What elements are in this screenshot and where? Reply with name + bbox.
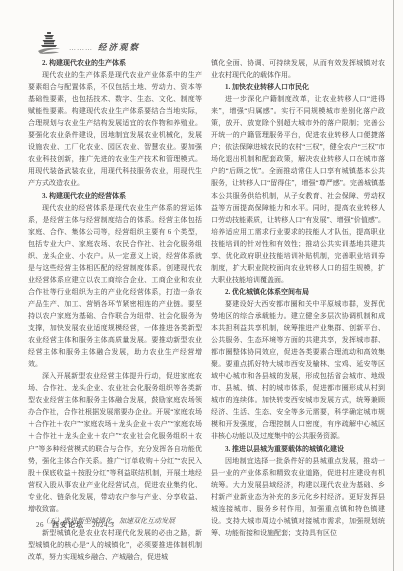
column-title: 经济观察 xyxy=(98,41,140,53)
paragraph: 因地制宜选择一批条件好的县城重点发展，推动一县一业的产业体系和精致农业道路，促进… xyxy=(211,455,385,539)
page-footer: 26 西安论坛 2024.3 xyxy=(36,520,114,530)
paragraph: 进一步深化户籍制度改革，让农业转移人口“进得来”，增强“归属感”。实行不同规模城… xyxy=(211,93,385,286)
header-dotted-leader: ……… xyxy=(69,44,93,52)
right-column: 镇化全面、协调、可持续发展，从而有效发挥城镇对农业农村现代化的载体作用。1. 加… xyxy=(211,57,385,563)
section-heading: 3. 构建现代农业的经营体系 xyxy=(28,190,202,202)
article-body: 2. 构建现代农业的生产体系现代农业的生产体系是现代农业产业体系中的生产要素组合… xyxy=(28,57,385,563)
paragraph: 现代农业的经营体系是现代农业生产体系的营运体系，是经营主体与经营制度结合的体系。… xyxy=(28,202,202,371)
journal-logo-icon xyxy=(36,30,62,56)
journal-page: ……… 经济观察 2. 构建现代农业的生产体系现代农业的生产体系是现代农业产业体… xyxy=(0,0,403,571)
page-edge-line xyxy=(393,0,394,571)
section-heading: 3. 推进以县城为重要载体的城镇化建设 xyxy=(211,443,385,455)
page-number: 26 xyxy=(36,521,44,529)
column-header: ……… 经济观察 xyxy=(69,41,140,56)
paragraph: 深入开展新型农业经营主体提升行动，促进家庭农场、合作社、龙头企业、农业社会化服务… xyxy=(28,370,202,515)
left-column: 2. 构建现代农业的生产体系现代农业的生产体系是现代农业产业体系中的生产要素组合… xyxy=(28,57,202,563)
paragraph: 现代农业的生产体系是现代农业产业体系中的生产要素组合与配置体系，不仅包括土地、劳… xyxy=(28,69,202,189)
journal-name: 西安论坛 xyxy=(52,520,84,530)
issue-number: 2024.3 xyxy=(92,521,114,529)
section-heading: 2. 优化城镇化体系空间布局 xyxy=(211,286,385,298)
page-header: ……… 经济观察 xyxy=(36,30,140,56)
paragraph: 新型城镇化是农业农村现代化发展的必由之路，新型城镇化的核心是“人的城镇化”，必须… xyxy=(28,527,202,563)
section-heading: 2. 构建现代农业的生产体系 xyxy=(28,57,202,69)
paragraph: 要建设好大西安都市圈和关中平原城市群，发挥优势地区的综合承载能力。建立健全多层次… xyxy=(211,298,385,443)
section-heading: 1. 加快农业转移人口市民化 xyxy=(211,81,385,93)
paragraph: 镇化全面、协调、可持续发展，从而有效发挥城镇对农业农村现代化的载体作用。 xyxy=(211,57,385,81)
